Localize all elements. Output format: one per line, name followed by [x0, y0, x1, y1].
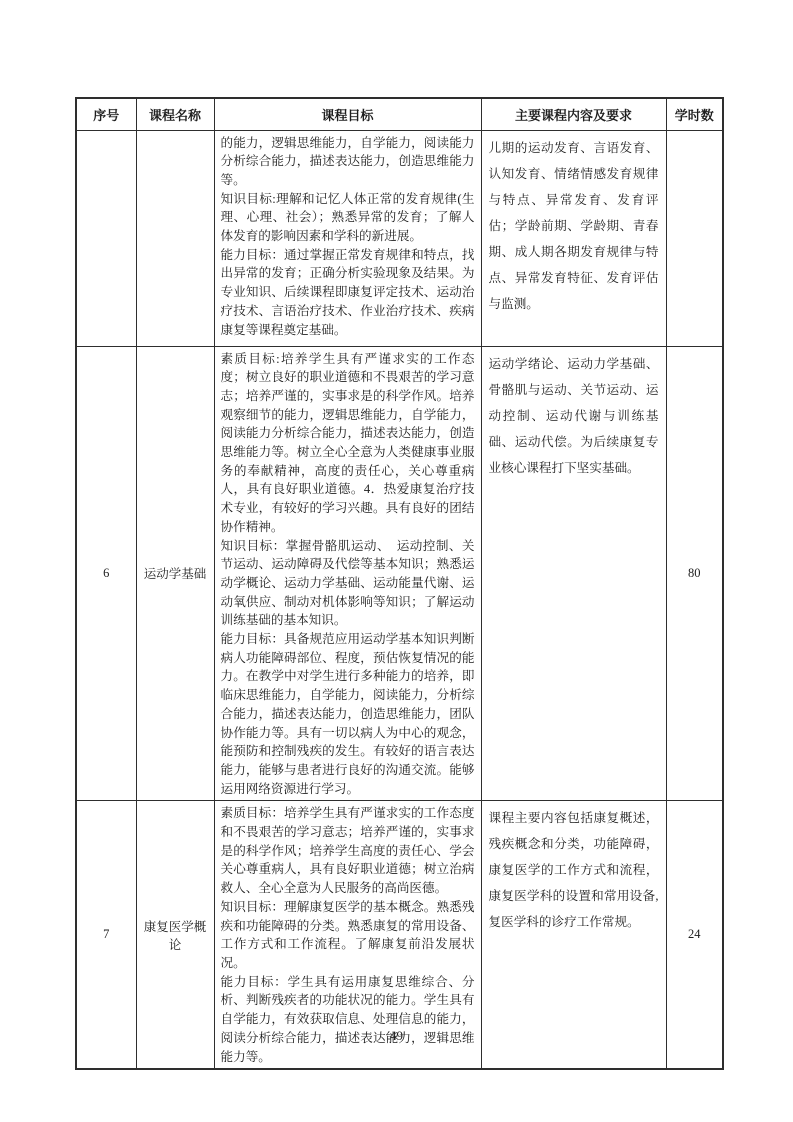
- objective-paragraph: 知识目标:理解和记忆人体正常的发育规律(生理、心理、社会）；熟悉异常的发育；了解…: [221, 190, 475, 246]
- table-row: 6 运动学基础 素质目标:培养学生具有严谨求实的工作态度；树立良好的职业道德和不…: [76, 346, 723, 801]
- page-number: 49: [0, 1028, 793, 1044]
- header-course-name: 课程名称: [136, 98, 214, 130]
- header-row: 序号 课程名称 课程目标 主要课程内容及要求 学时数: [76, 98, 723, 130]
- objective-paragraph: 素质目标:培养学生具有严谨求实的工作态度；树立良好的职业道德和不畏艰苦的学习意志…: [221, 350, 475, 537]
- hours-cell: 80: [666, 346, 723, 801]
- course-name-cell: [136, 130, 214, 346]
- content-paragraph: 课程主要内容包括康复概述，残疾概念和分类，功能障碍，康复医学的工作方式和流程，康…: [489, 805, 659, 935]
- content-paragraph: 运动学绪论、运动力学基础、骨骼肌与运动、关节运动、运动控制、运动代谢与训练基础、…: [489, 351, 659, 481]
- table-row: 的能力，逻辑思维能力，自学能力，阅读能力分析综合能力，描述表达能力，创造思维能力…: [76, 130, 723, 346]
- table-header: 序号 课程名称 课程目标 主要课程内容及要求 学时数: [76, 98, 723, 130]
- header-hours: 学时数: [666, 98, 723, 130]
- seq-cell: 6: [76, 346, 136, 801]
- objective-paragraph: 知识目标：掌握骨骼肌运动、 运动控制、关节运动、运动障碍及代偿等基本知识；熟悉运…: [221, 537, 475, 631]
- objective-paragraph: 的能力，逻辑思维能力，自学能力，阅读能力分析综合能力，描述表达能力，创造思维能力…: [221, 134, 475, 190]
- objective-paragraph: 素质目标：培养学生具有严谨求实的工作态度和不畏艰苦的学习意志；培养严谨的，实事求…: [221, 804, 475, 898]
- content-paragraph: 儿期的运动发育、言语发育、认知发育、情绪情感发育规律与特点、异常发育、发育评估；…: [489, 135, 659, 317]
- hours-cell: [666, 130, 723, 346]
- content-cell: 儿期的运动发育、言语发育、认知发育、情绪情感发育规律与特点、异常发育、发育评估；…: [481, 130, 666, 346]
- seq-cell: [76, 130, 136, 346]
- objectives-cell: 素质目标:培养学生具有严谨求实的工作态度；树立良好的职业道德和不畏艰苦的学习意志…: [214, 346, 481, 801]
- course-curriculum-table: 序号 课程名称 课程目标 主要课程内容及要求 学时数 的能力，逻辑思维能力，自学…: [75, 97, 724, 1070]
- header-course-content: 主要课程内容及要求: [481, 98, 666, 130]
- content-cell: 运动学绪论、运动力学基础、骨骼肌与运动、关节运动、运动控制、运动代谢与训练基础、…: [481, 346, 666, 801]
- objective-paragraph: 知识目标：理解康复医学的基本概念。熟悉残疾和功能障碍的分类。熟悉康复的常用设备、…: [221, 898, 475, 973]
- header-seq: 序号: [76, 98, 136, 130]
- document-page: 序号 课程名称 课程目标 主要课程内容及要求 学时数 的能力，逻辑思维能力，自学…: [0, 0, 793, 1122]
- objectives-cell: 的能力，逻辑思维能力，自学能力，阅读能力分析综合能力，描述表达能力，创造思维能力…: [214, 130, 481, 346]
- objective-paragraph: 能力目标：学生具有运用康复思维综合、分析、判断残疾者的功能状况的能力。学生具有自…: [221, 973, 475, 1067]
- objective-paragraph: 能力目标：具备规范应用运动学基本知识判断病人功能障碍部位、程度，预估恢复情况的能…: [221, 630, 475, 798]
- header-course-objectives: 课程目标: [214, 98, 481, 130]
- objective-paragraph: 能力目标：通过掌握正常发育规律和特点，找出异常的发育；正确分析实验现象及结果。为…: [221, 246, 475, 340]
- course-name-cell: 运动学基础: [136, 346, 214, 801]
